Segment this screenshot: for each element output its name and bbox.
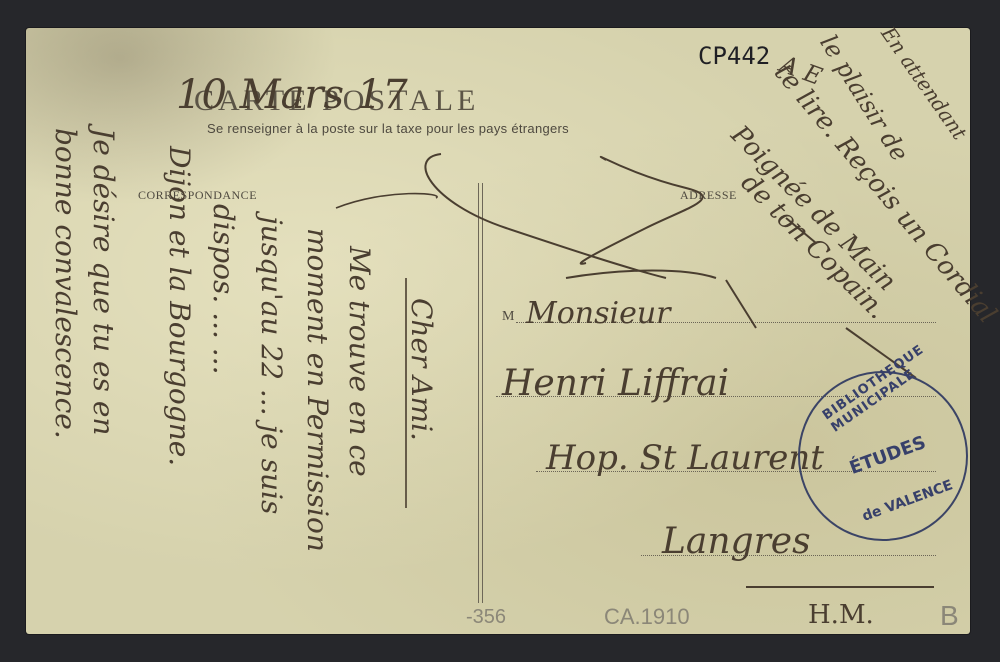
signature-flourish [26, 28, 970, 634]
location-code: H.M. [808, 600, 874, 630]
library-stamp: BIBLIOTHEQUE MUNICIPALE ÉTUDES de VALENC… [798, 371, 968, 541]
inventory-number: -356 [466, 606, 506, 629]
date-estimate: CA.1910 [604, 604, 690, 630]
stamp-center: ÉTUDES [847, 432, 929, 479]
postcard: CARTE POSTALE Se renseigner à la poste s… [26, 28, 970, 634]
letter-mark: B [940, 600, 959, 632]
stamp-ring-bottom: de VALENCE [860, 477, 955, 525]
